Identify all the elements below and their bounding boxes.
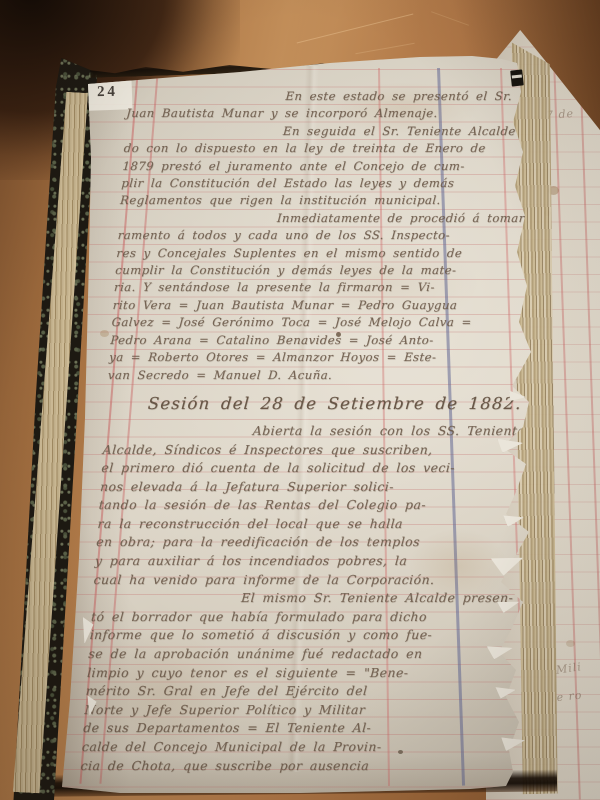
manuscript-line: el primero dió cuenta de la solicitud de… [101,459,514,478]
manuscript-line: Alcalde, Síndicos é Inspectores que susc… [102,441,515,460]
manuscript-line: ra la reconstrucción del local que se ha… [97,515,510,534]
manuscript-line: ria. Y sentándose la presente la firmaro… [113,279,526,296]
manuscript-line: cumplir la Constitución y demás leyes de… [115,262,528,279]
manuscript-line: rito Vera = Juan Bautista Munar = Pedro … [112,297,525,314]
manuscript-line: Norte y Jefe Superior Político y Militar [84,701,497,720]
manuscript-line: cia de Chota, que suscribe por ausencia [80,757,493,776]
manuscript-line: calde del Concejo Municipal de la Provin… [81,738,494,757]
manuscript-line: mérito Sr. Gral en Jefe del Ejército del [85,682,498,701]
foxing-stain [100,330,109,337]
faint-writing-fragment: Mili [555,660,582,676]
paragraph-block-session: Abierta la sesión con los SS. TenienteAl… [80,422,517,775]
manuscript-line: Galvez = José Gerónimo Toca = José Meloj… [111,314,524,331]
manuscript-photo: 7 de Mili le ro 24 En este estad [0,0,600,800]
session-heading: Sesión del 28 de Setiembre de 1882. [147,394,518,413]
manuscript-line: En este estado se presentó el Sr. Concej… [127,88,540,105]
manuscript-line: informe que lo sometió á discusión y com… [89,626,502,645]
paragraph-block-oath: En este estado se presentó el Sr. Concej… [107,88,540,384]
manuscript-page: 24 En este estado se presentó el Sr. Con… [0,0,600,800]
manuscript-line: Pedro Arana = Catalino Benavides = José … [110,332,523,349]
manuscript-line: van Secredo = Manuel D. Acuña. [107,367,520,384]
next-page-margin-line [578,30,600,800]
manuscript-line: Reglamentos que rigen la institución mun… [119,192,532,209]
manuscript-line: en obra; para la reedificación de los te… [96,533,509,552]
manuscript-line: de sus Departamentos = El Teniente Al- [83,719,496,738]
manuscript-line: y para auxiliar á los incendiados pobres… [94,552,507,571]
manuscript-line: tó el borrador que había formulado para … [90,608,503,627]
manuscript-line: Juan Bautista Munar y se incorporó Almen… [126,105,539,122]
manuscript-line: limpio y cuyo tenor es el siguiente = "B… [86,664,499,683]
manuscript-line: 1879 prestó el juramento ante el Concejo… [122,158,535,175]
manuscript-line: cual ha venido para informe de la Corpor… [93,571,506,590]
manuscript-line: Abierta la sesión con los SS. Teniente [103,422,516,441]
manuscript-line: ya = Roberto Otores = Almanzor Hoyos = E… [109,349,522,366]
foxing-stain [566,640,575,647]
fastener-stripe [512,74,522,78]
manuscript-line: do con lo dispuesto en la ley de treinta… [123,140,536,157]
fastener-clip [510,69,524,86]
manuscript-line: nos elevada á la Jefatura Superior solic… [99,478,512,497]
manuscript-line: res y Concejales Suplentes en el mismo s… [116,245,529,262]
handwritten-text: En este estado se presentó el Sr. Concej… [80,88,540,775]
manuscript-line: plir la Constitución del Estado las leye… [121,175,534,192]
manuscript-line: En seguida el Sr. Teniente Alcalde Cumpl… [124,123,537,140]
manuscript-line: ramento á todos y cada uno de los SS. In… [117,227,530,244]
manuscript-line: El mismo Sr. Teniente Alcalde presen- [92,589,505,608]
manuscript-line: se de la aprobación unánime fué redactad… [88,645,501,664]
manuscript-line: tando la sesión de las Rentas del Colegi… [98,496,511,515]
page-number: 24 [97,84,118,101]
manuscript-line: Inmediatamente de procedió á tomarle ju- [118,210,531,227]
